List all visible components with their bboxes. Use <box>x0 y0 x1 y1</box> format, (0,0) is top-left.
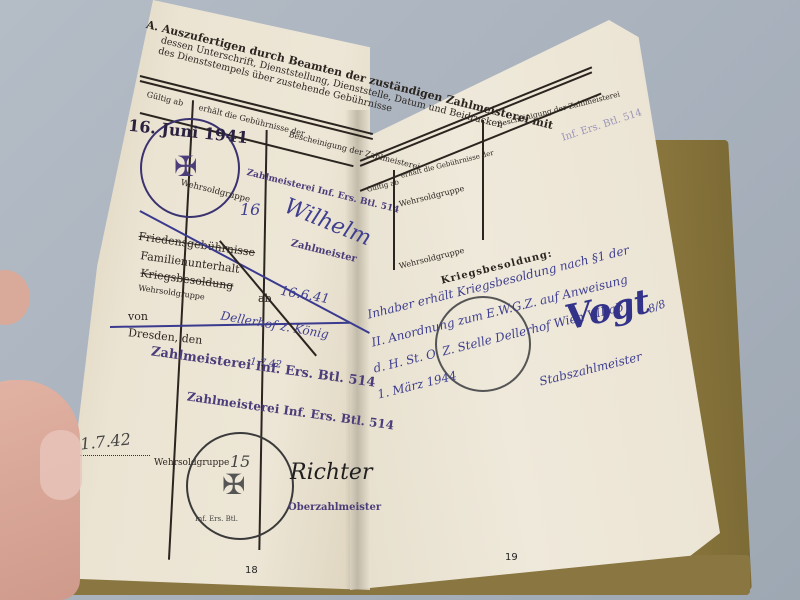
dotted-line-3 <box>80 455 150 456</box>
page-number-right: 19 <box>505 552 518 563</box>
section-letter: A. <box>145 18 160 34</box>
title-stamp-3: Oberzahlmeister <box>288 502 381 513</box>
eagle-emblem-icon: ✠ <box>222 468 245 501</box>
spine-shadow <box>345 110 370 590</box>
thumbnail <box>40 430 82 500</box>
round-eagle-stamp-3: ✠ <box>186 432 294 540</box>
finger <box>0 270 30 325</box>
right-column-divider-1 <box>393 170 395 270</box>
right-column-divider-2 <box>482 120 484 240</box>
von-label: von <box>128 310 148 323</box>
pay-group-value-3: 15 <box>230 452 250 471</box>
signature-3: Richter <box>290 460 372 485</box>
pay-group-value-1: 16 <box>240 200 260 219</box>
round-stamp-text-3: Inf. Ers. Btl. <box>195 515 238 523</box>
page-number-left: 18 <box>245 565 258 576</box>
